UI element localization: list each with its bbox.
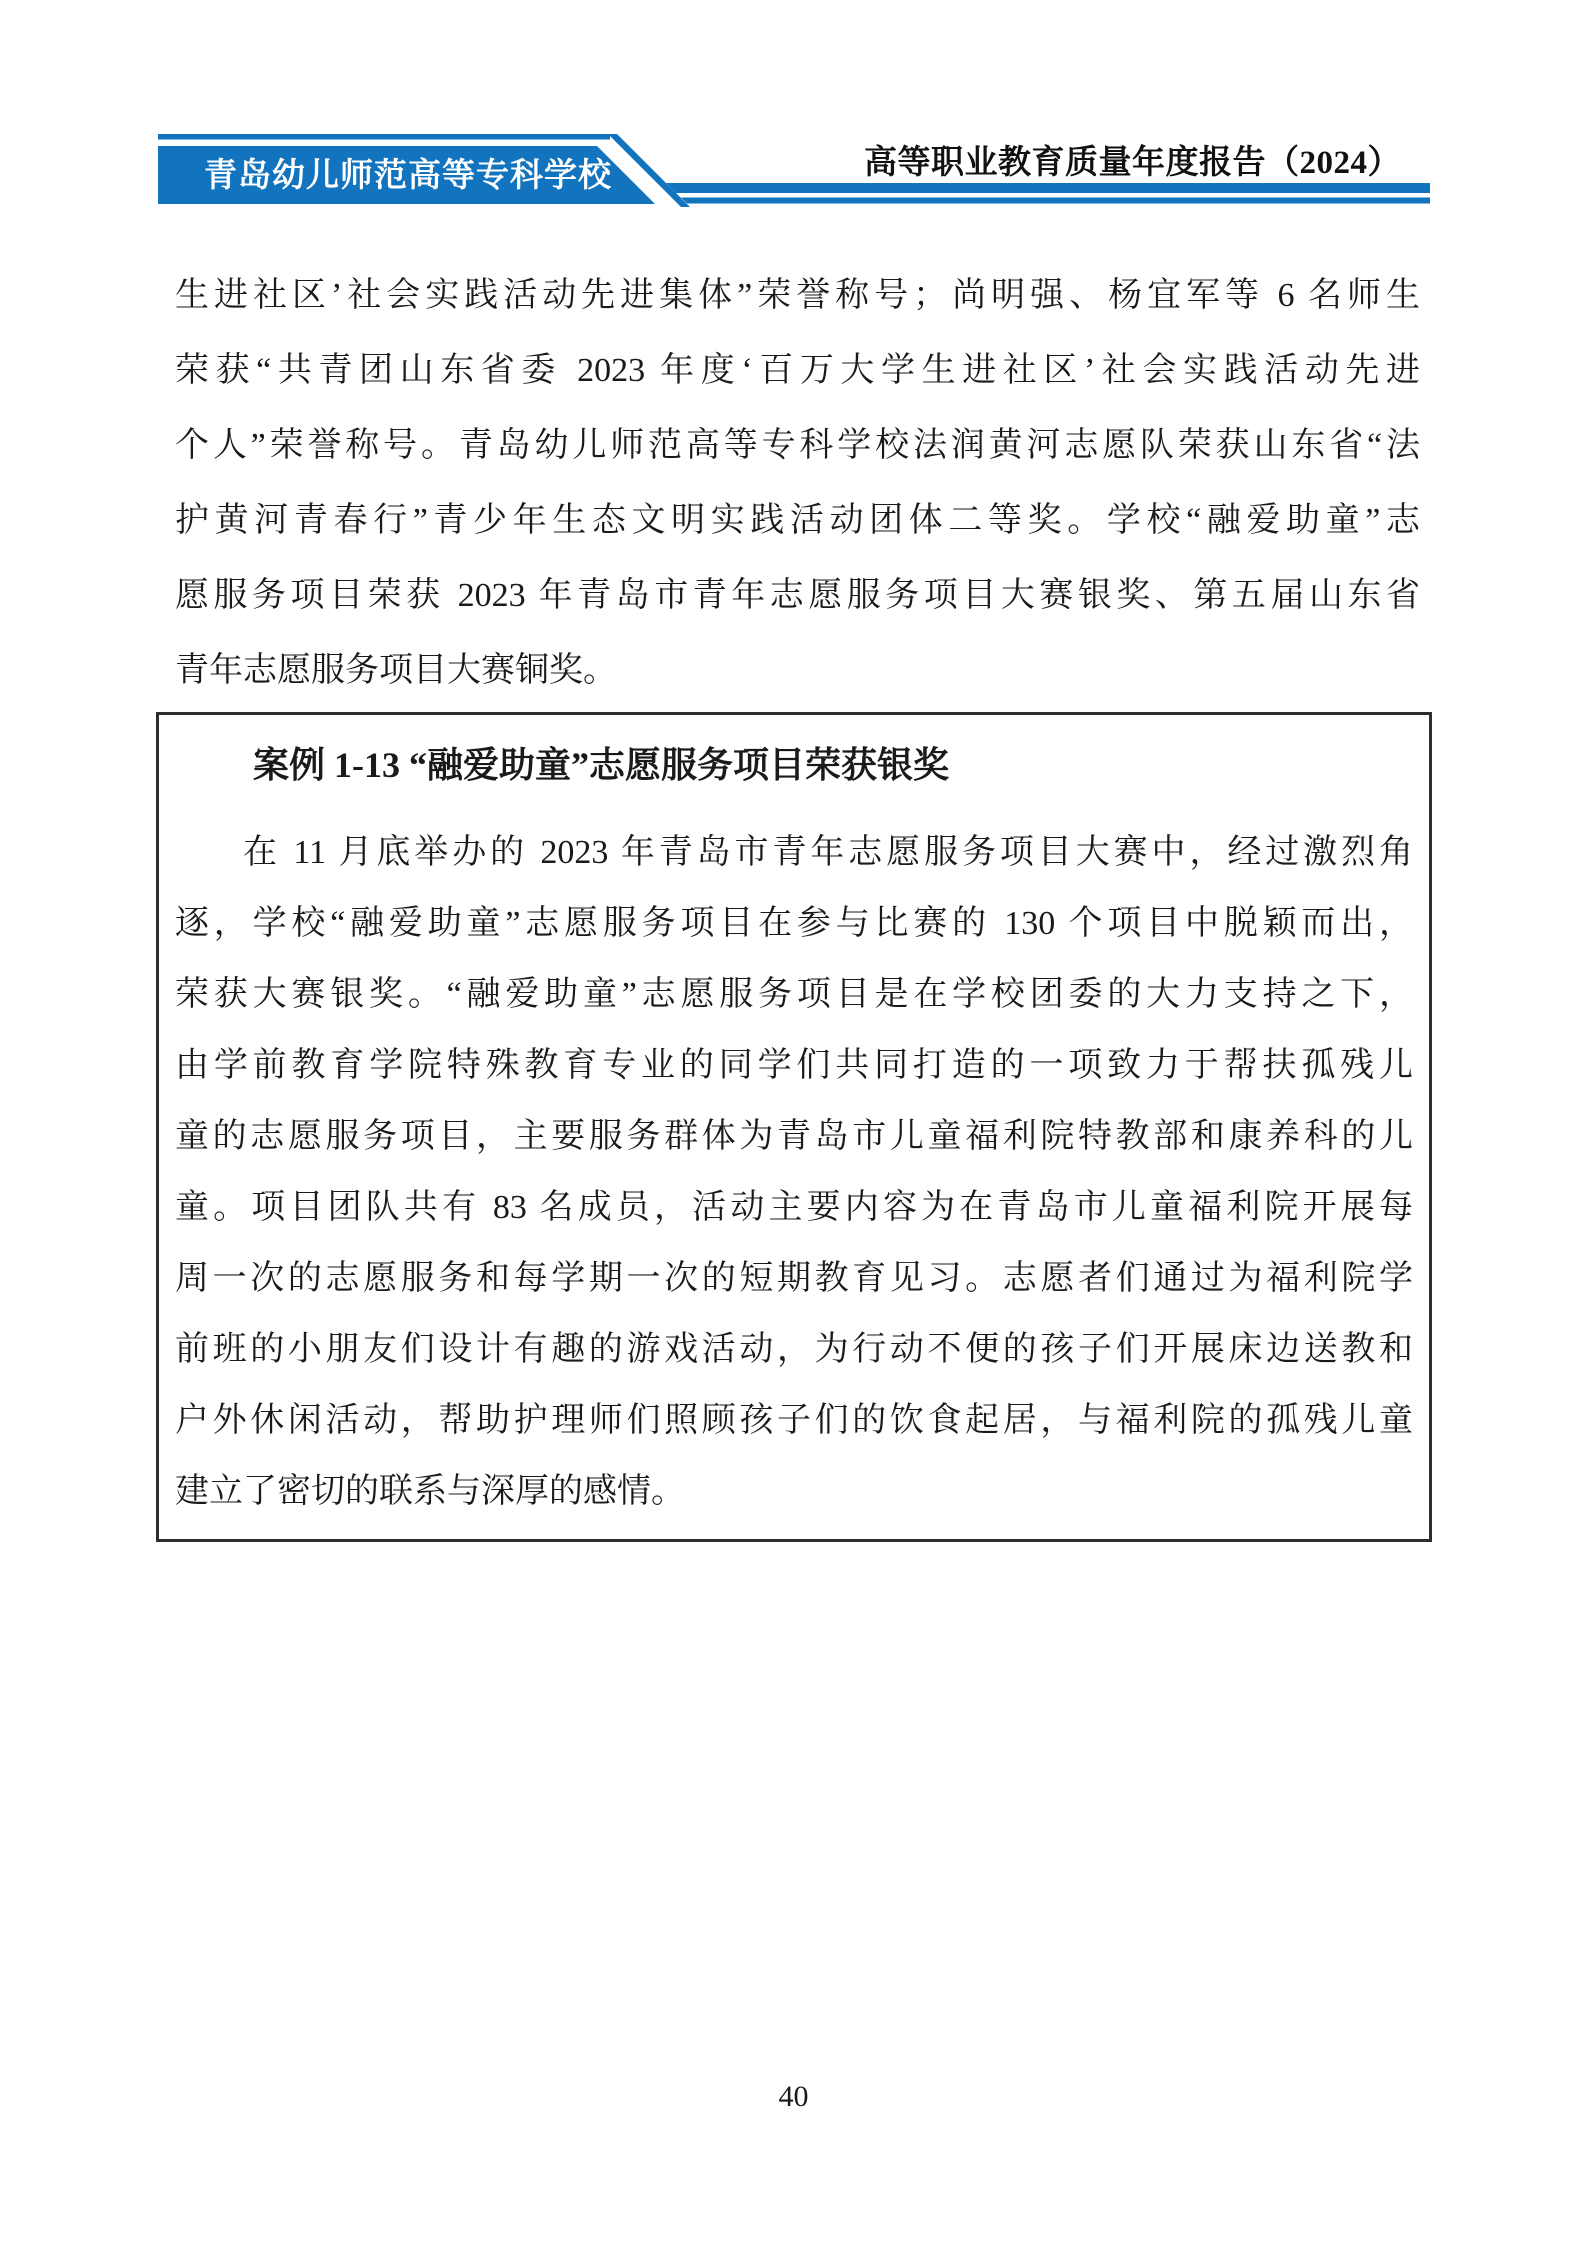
paragraph-line: 愿服务项目荣获 2023 年青岛市青年志愿服务项目大赛银奖、第五届山东省 — [175, 558, 1420, 633]
header-banner-graphic — [0, 0, 1587, 260]
paragraph-line: 个人”荣誉称号。青岛幼儿师范高等专科学校法润黄河志愿队荣获山东省“法 — [175, 408, 1420, 483]
case-study-title: 案例 1-13 “融爱助童”志愿服务项目荣获银奖 — [175, 729, 1413, 801]
paragraph-line: 护黄河青春行”青少年生态文明实践活动团体二等奖。学校“融爱助童”志 — [175, 483, 1420, 558]
case-line: 荣获大赛银奖。“融爱助童”志愿服务项目是在学校团委的大力支持之下， — [175, 959, 1413, 1030]
case-line: 建立了密切的联系与深厚的感情。 — [175, 1456, 1413, 1527]
case-line: 逐，学校“融爱助童”志愿服务项目在参与比赛的 130 个项目中脱颖而出， — [175, 888, 1413, 959]
paragraph-line: 生进社区’社会实践活动先进集体”荣誉称号；尚明强、杨宜军等 6 名师生 — [175, 258, 1420, 333]
school-name-banner: 青岛幼儿师范高等专科学校 — [204, 146, 612, 204]
case-study-box: 案例 1-13 “融爱助童”志愿服务项目荣获银奖 在 11 月底举办的 2023… — [156, 712, 1432, 1542]
body-paragraph: 生进社区’社会实践活动先进集体”荣誉称号；尚明强、杨宜军等 6 名师生 荣获“共… — [175, 258, 1420, 708]
report-title: 高等职业教育质量年度报告（2024） — [864, 141, 1401, 185]
case-line: 由学前教育学院特殊教育专业的同学们共同打造的一项致力于帮扶孤残儿 — [175, 1030, 1413, 1101]
case-line: 童。项目团队共有 83 名成员，活动主要内容为在青岛市儿童福利院开展每 — [175, 1172, 1413, 1243]
page-number: 40 — [0, 2080, 1587, 2114]
case-line: 户外休闲活动，帮助护理师们照顾孩子们的饮食起居，与福利院的孤残儿童 — [175, 1385, 1413, 1456]
paragraph-line: 青年志愿服务项目大赛铜奖。 — [175, 633, 1420, 708]
paragraph-line: 荣获“共青团山东省委 2023 年度‘百万大学生进社区’社会实践活动先进 — [175, 333, 1420, 408]
case-line: 在 11 月底举办的 2023 年青岛市青年志愿服务项目大赛中，经过激烈角 — [175, 817, 1413, 888]
case-line: 周一次的志愿服务和每学期一次的短期教育见习。志愿者们通过为福利院学 — [175, 1243, 1413, 1314]
case-line: 童的志愿服务项目，主要服务群体为青岛市儿童福利院特教部和康养科的儿 — [175, 1101, 1413, 1172]
case-line: 前班的小朋友们设计有趣的游戏活动，为行动不便的孩子们开展床边送教和 — [175, 1314, 1413, 1385]
case-study-body: 在 11 月底举办的 2023 年青岛市青年志愿服务项目大赛中，经过激烈角 逐，… — [175, 817, 1413, 1527]
